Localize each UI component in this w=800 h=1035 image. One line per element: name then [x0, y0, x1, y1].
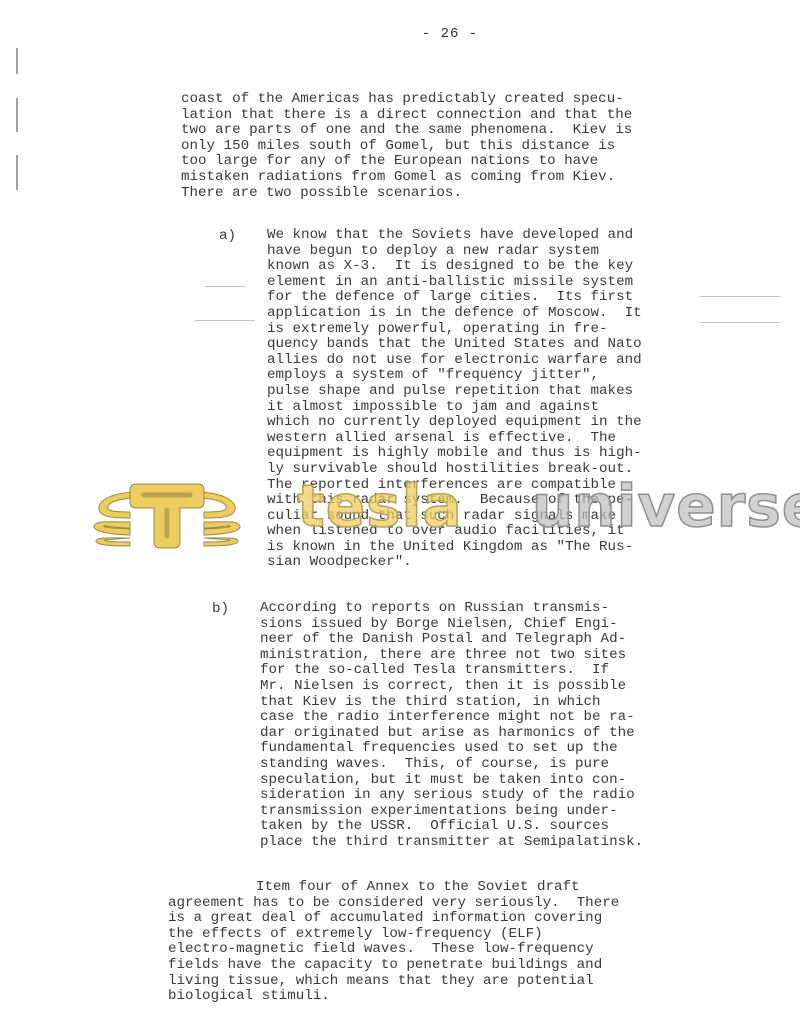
text-line: ministration, there are three not two si…	[260, 648, 643, 664]
text-line: speculation, but it must be taken into c…	[260, 773, 643, 789]
text-line: Mr. Nielsen is correct, then it is possi…	[260, 679, 643, 695]
text-line: The reported interferences are compatibl…	[267, 478, 642, 494]
scenario-b-marker: b)	[212, 601, 229, 617]
text-line: is a great deal of accumulated informati…	[168, 911, 619, 927]
text-line: Item four of Annex to the Soviet draft	[168, 880, 619, 896]
text-line: for the so-called Tesla transmitters. If	[260, 663, 643, 679]
page-number: - 26 -	[0, 26, 800, 42]
text-line: ly survivable should hostilities break-o…	[267, 462, 642, 478]
scan-dash-mark	[700, 296, 780, 297]
text-line: fields have the capacity to penetrate bu…	[168, 958, 619, 974]
text-line: neer of the Danish Postal and Telegraph …	[260, 632, 643, 648]
text-line: allies do not use for electronic warfare…	[267, 353, 642, 369]
scan-dash-mark	[195, 320, 255, 321]
scan-edge-mark	[16, 48, 18, 74]
scenario-b-paragraph: According to reports on Russian transmis…	[260, 601, 643, 851]
text-line: standing waves. This, of course, is pure	[260, 757, 643, 773]
text-line: living tissue, which means that they are…	[168, 974, 619, 990]
text-line: pulse shape and pulse repetition that ma…	[267, 384, 642, 400]
text-line: that Kiev is the third station, in which	[260, 695, 643, 711]
text-line: it almost impossible to jam and against	[267, 400, 642, 416]
text-line: culiar sound that such radar signals mak…	[267, 509, 642, 525]
text-line: transmission experimentations being unde…	[260, 804, 643, 820]
text-line: lation that there is a direct connection…	[181, 108, 632, 124]
scan-edge-mark	[16, 98, 18, 132]
text-line: two are parts of one and the same phenom…	[181, 123, 632, 139]
text-line: western allied arsenal is effective. The	[267, 431, 642, 447]
text-line: is extremely powerful, operating in fre-	[267, 322, 642, 338]
text-line: have begun to deploy a new radar system	[267, 244, 642, 260]
text-line: fundamental frequencies used to set up t…	[260, 741, 643, 757]
scan-dash-mark	[205, 286, 245, 287]
scan-edge-mark	[16, 155, 18, 190]
text-line: element in an anti-ballistic missile sys…	[267, 275, 642, 291]
text-line: taken by the USSR. Official U.S. sources	[260, 819, 643, 835]
text-line: known as X-3. It is designed to be the k…	[267, 259, 642, 275]
text-line: According to reports on Russian transmis…	[260, 601, 643, 617]
text-line: quency bands that the United States and …	[267, 337, 642, 353]
text-line: which no currently deployed equipment in…	[267, 415, 642, 431]
text-line: electro-magnetic field waves. These low-…	[168, 942, 619, 958]
text-line: sions issued by Borge Nielsen, Chief Eng…	[260, 617, 643, 633]
text-line: agreement has to be considered very seri…	[168, 896, 619, 912]
text-line: place the third transmitter at Semipalat…	[260, 835, 643, 851]
text-line: coast of the Americas has predictably cr…	[181, 92, 632, 108]
text-line: the effects of extremely low-frequency (…	[168, 927, 619, 943]
text-line: case the radio interference might not be…	[260, 710, 643, 726]
text-line: for the defence of large cities. Its fir…	[267, 290, 642, 306]
text-line: equipment is highly mobile and thus is h…	[267, 446, 642, 462]
text-line: when listened to over audio facilities, …	[267, 524, 642, 540]
text-line: is known in the United Kingdom as "The R…	[267, 540, 642, 556]
intro-paragraph: coast of the Americas has predictably cr…	[181, 92, 632, 201]
text-line: only 150 miles south of Gomel, but this …	[181, 139, 632, 155]
text-line: dar originated but arise as harmonics of…	[260, 726, 643, 742]
scenario-a-paragraph: We know that the Soviets have developed …	[267, 228, 642, 571]
text-line: application is in the defence of Moscow.…	[267, 306, 642, 322]
text-line: too large for any of the European nation…	[181, 154, 632, 170]
text-line: employs a system of "frequency jitter",	[267, 368, 642, 384]
scan-dash-mark	[700, 322, 780, 323]
scenario-a-marker: a)	[219, 228, 236, 244]
text-line: mistaken radiations from Gomel as coming…	[181, 170, 632, 186]
text-line: sideration in any serious study of the r…	[260, 788, 643, 804]
closing-paragraph: Item four of Annex to the Soviet draftag…	[168, 880, 619, 1005]
text-line: There are two possible scenarios.	[181, 186, 632, 202]
text-line: with this radar system. Because of the p…	[267, 493, 642, 509]
text-line: sian Woodpecker".	[267, 555, 642, 571]
text-line: biological stimuli.	[168, 989, 619, 1005]
text-line: We know that the Soviets have developed …	[267, 228, 642, 244]
tesla-universe-logo-icon	[92, 480, 242, 550]
